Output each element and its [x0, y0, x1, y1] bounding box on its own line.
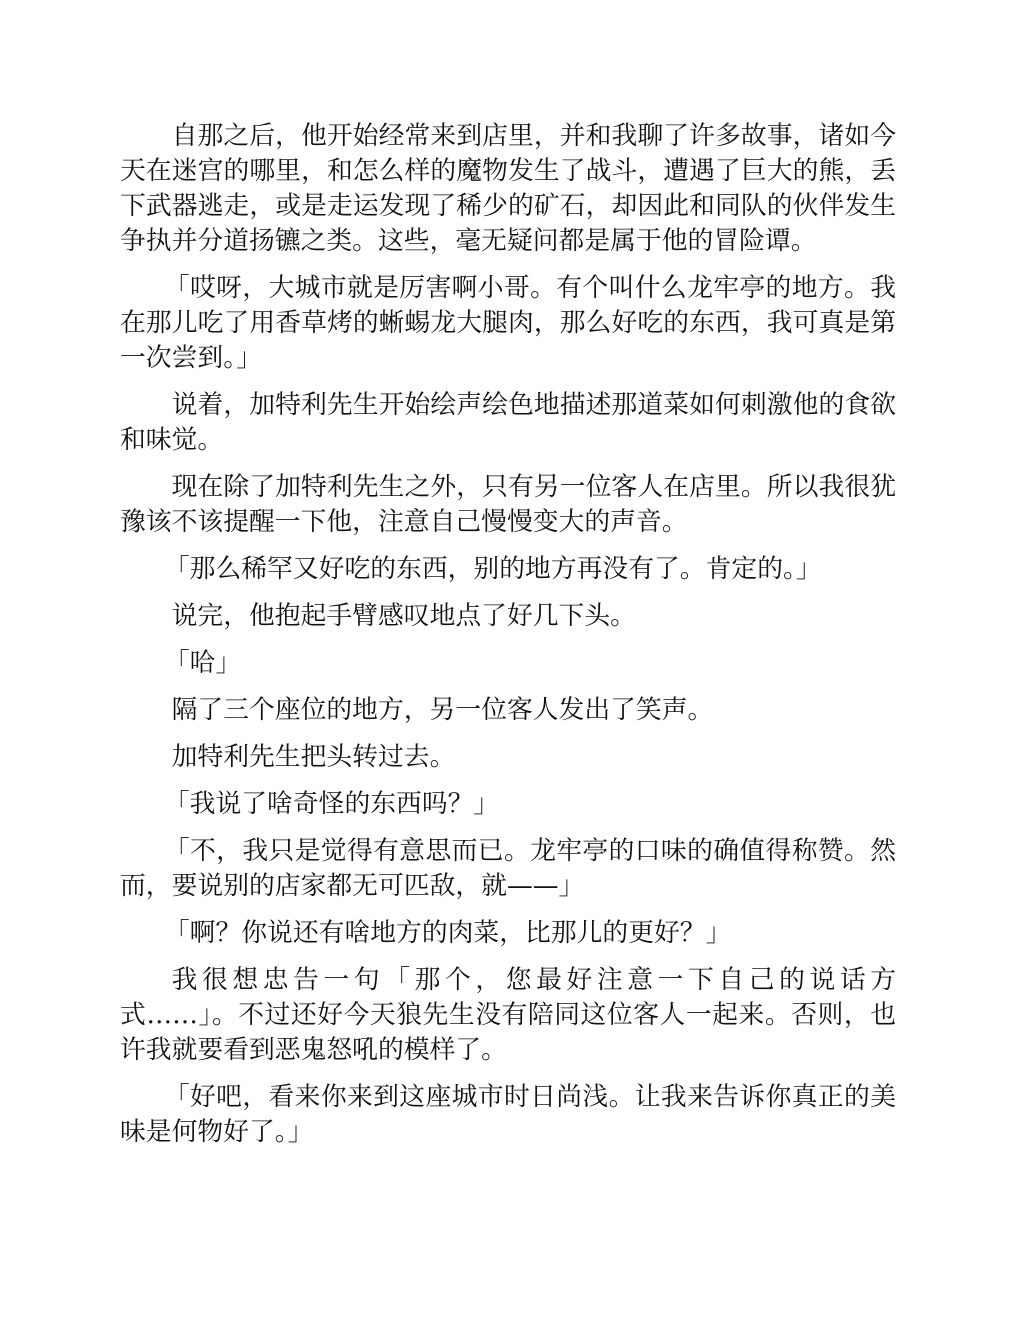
paragraph-narration: 我很想忠告一句「那个，您最好注意一下自己的说话方式……」。不过还好今天狼先生没有…: [120, 963, 896, 1068]
paragraph-narration: 加特利先生把头转过去。: [120, 740, 896, 775]
document-page: 自那之后，他开始经常来到店里，并和我聊了许多故事，诸如今天在迷宫的哪里，和怎么样…: [120, 119, 896, 1162]
paragraph-narration: 说完，他抱起手臂感叹地点了好几下头。: [120, 599, 896, 634]
paragraph-narration: 现在除了加特利先生之外，只有另一位客人在店里。所以我很犹豫该不该提醒一下他，注意…: [120, 470, 896, 540]
paragraph-dialogue: 「我说了啥奇怪的东西吗？」: [120, 787, 896, 822]
paragraph-dialogue: 「哈」: [120, 646, 896, 681]
paragraph-narration: 隔了三个座位的地方，另一位客人发出了笑声。: [120, 693, 896, 728]
paragraph-dialogue: 「啊？你说还有啥地方的肉菜，比那儿的更好？」: [120, 916, 896, 951]
paragraph-narration: 自那之后，他开始经常来到店里，并和我聊了许多故事，诸如今天在迷宫的哪里，和怎么样…: [120, 119, 896, 259]
paragraph-dialogue: 「哎呀，大城市就是厉害啊小哥。有个叫什么龙牢亭的地方。我在那儿吃了用香草烤的蜥蜴…: [120, 271, 896, 376]
paragraph-narration: 说着，加特利先生开始绘声绘色地描述那道菜如何刺激他的食欲和味觉。: [120, 388, 896, 458]
paragraph-dialogue: 「不，我只是觉得有意思而已。龙牢亭的口味的确值得称赞。然而，要说别的店家都无可匹…: [120, 834, 896, 904]
paragraph-dialogue: 「那么稀罕又好吃的东西，别的地方再没有了。肯定的。」: [120, 552, 896, 587]
paragraph-dialogue: 「好吧，看来你来到这座城市时日尚浅。让我来告诉你真正的美味是何物好了。」: [120, 1080, 896, 1150]
